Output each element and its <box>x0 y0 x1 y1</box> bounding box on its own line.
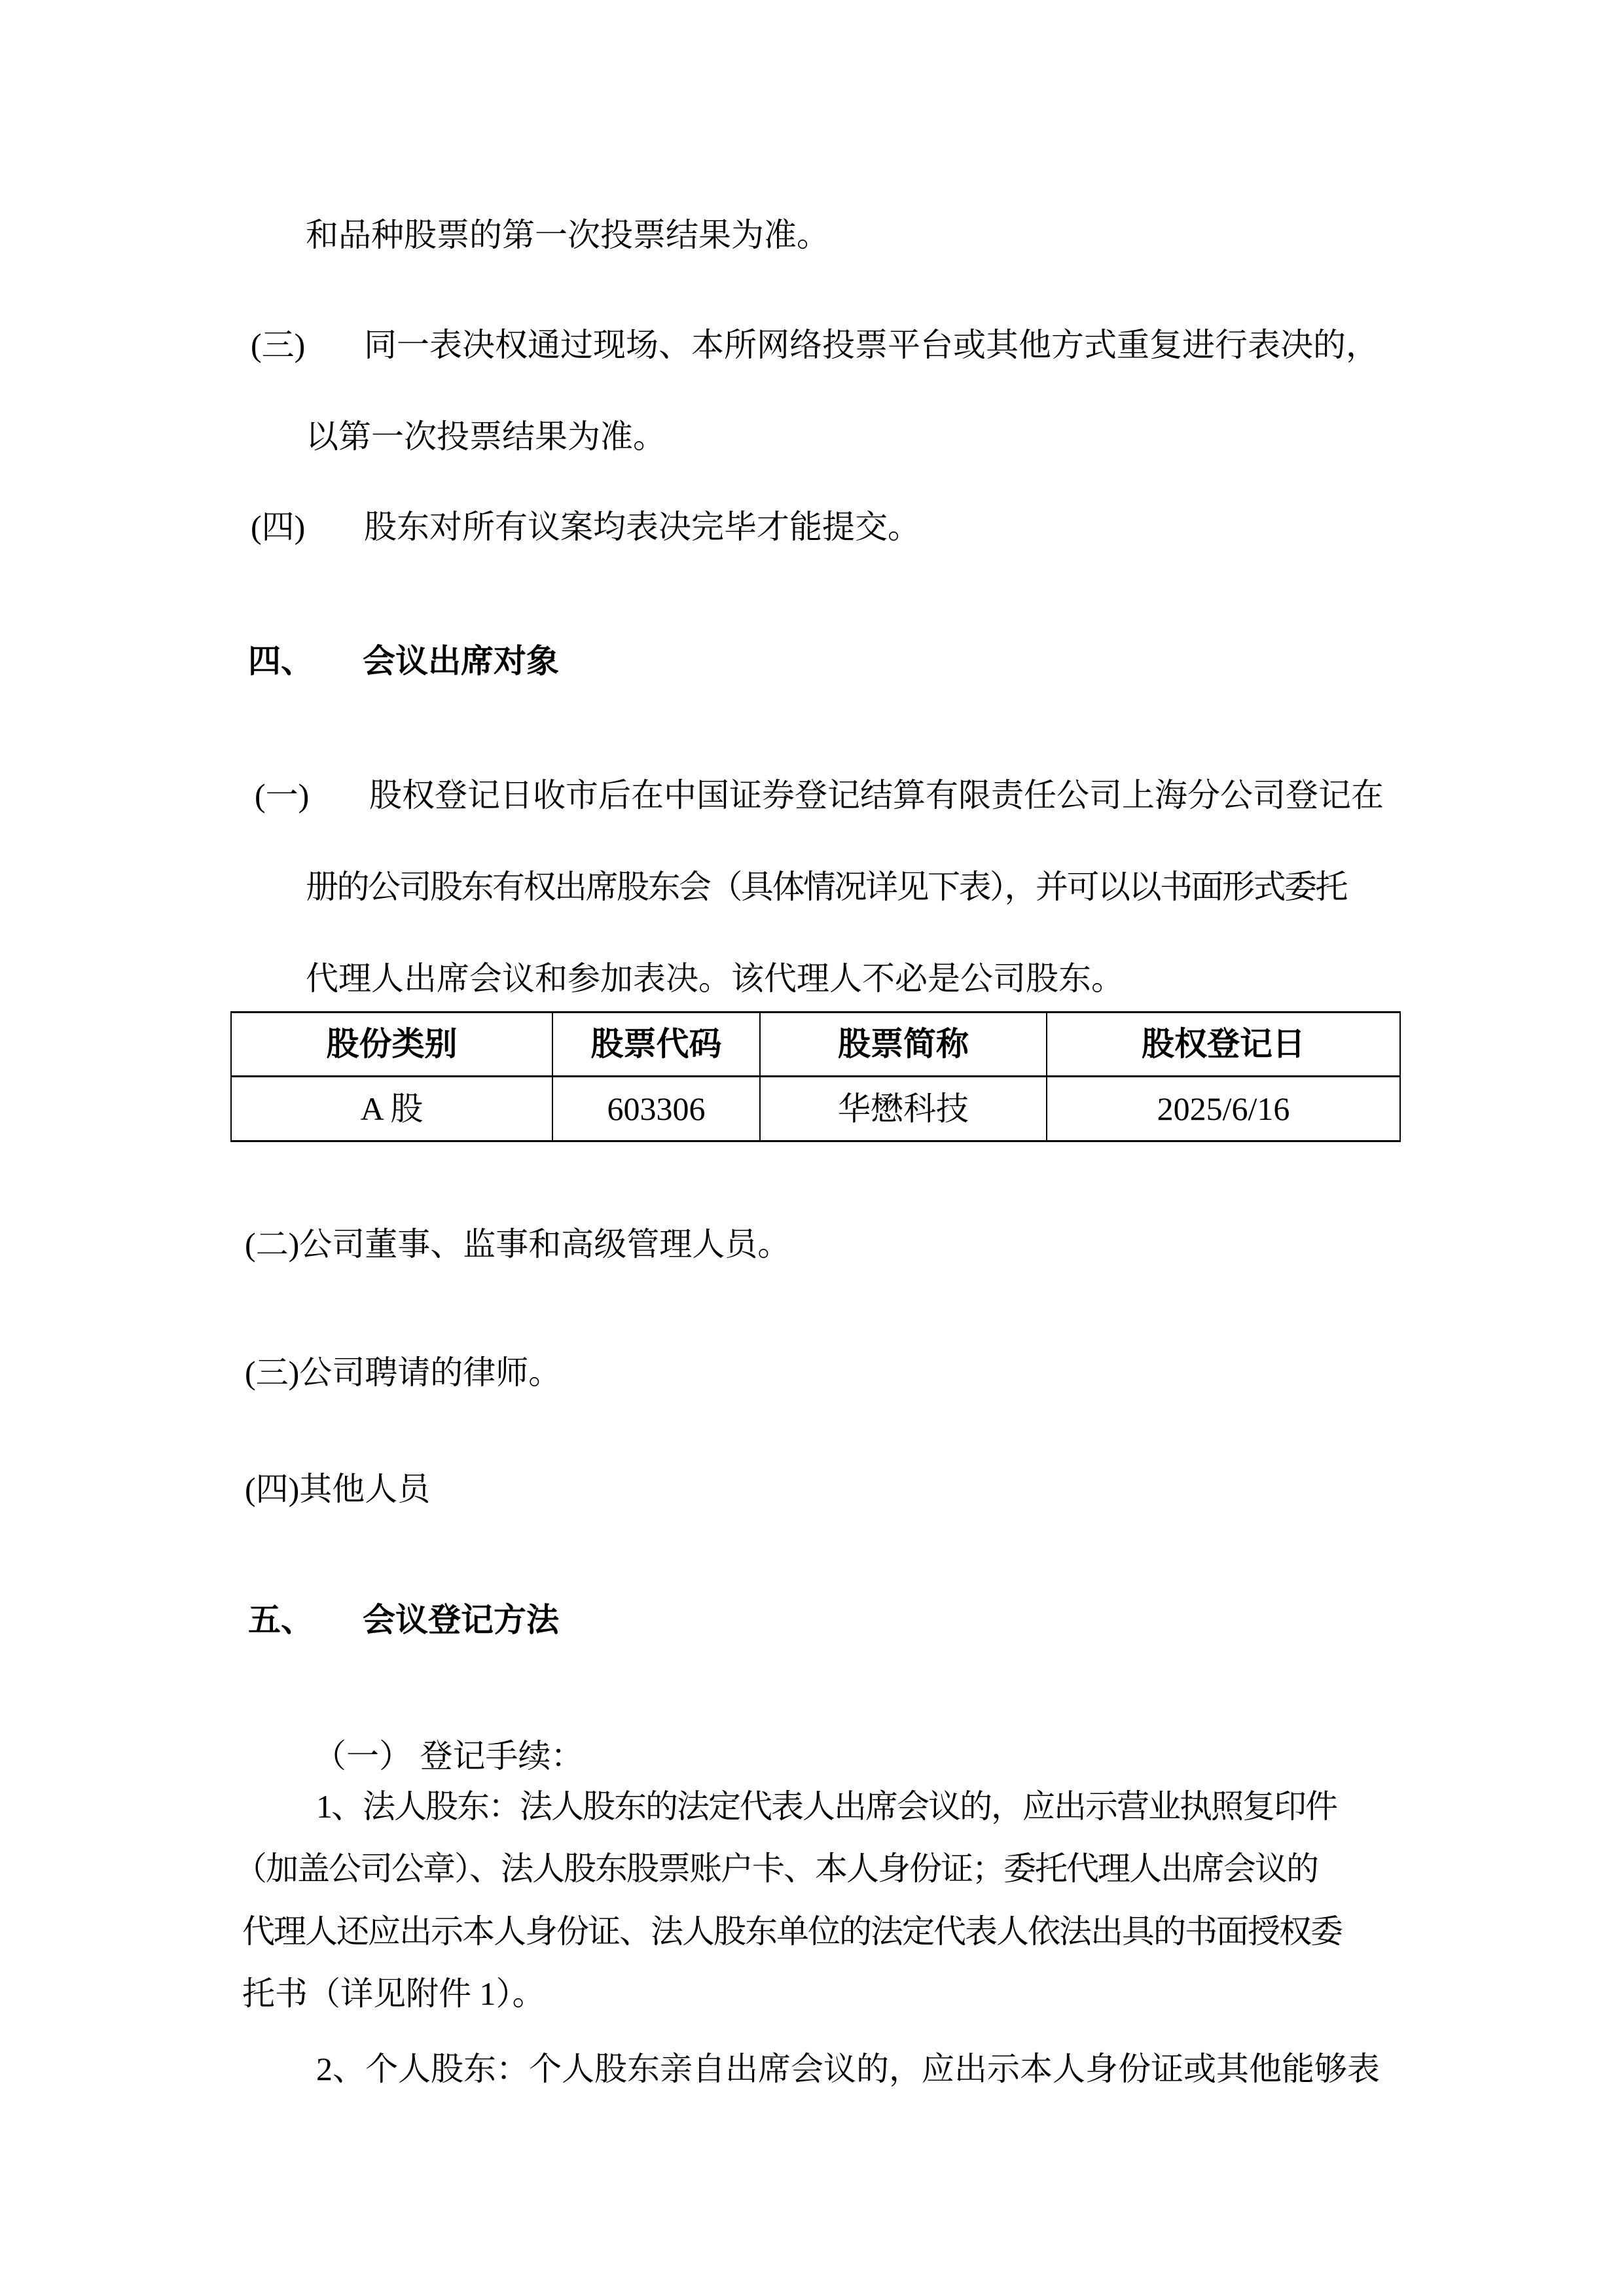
table-header-row: 股份类别 股票代码 股票简称 股权登记日 <box>231 1013 1400 1077</box>
list-item-text: (三)公司聘请的律师。 <box>245 1355 561 1391</box>
table-cell-stock-name: 华懋科技 <box>760 1077 1047 1141</box>
paragraph-continuation-line: 册的公司股东有权出席股东会（具体情况详见下表），并可以以书面形式委托 <box>306 869 1346 905</box>
list-item-text: 同一表决权通过现场、本所网络投票平台或其他方式重复进行表决的， <box>364 327 1379 363</box>
list-item-text: (四)其他人员 <box>245 1471 430 1507</box>
section-heading-title: 会议出席对象 <box>363 643 559 679</box>
list-item-text: 股东对所有议案均表决完毕才能提交。 <box>364 509 920 545</box>
paragraph-continuation-line: 代理人出席会议和参加表决。该代理人不必是公司股东。 <box>306 961 1124 997</box>
section-heading-number: 五、 <box>248 1602 314 1638</box>
table-header-share-class: 股份类别 <box>231 1013 552 1077</box>
list-item-text: (二)公司董事、监事和高级管理人员。 <box>245 1227 790 1263</box>
paragraph-continuation-line: （加盖公司公章）、法人股东股票账户卡、本人身份证；委托代理人出席会议的 <box>234 1851 1318 1887</box>
paragraph-continuation-line: 和品种股票的第一次投票结果为准。 <box>306 217 829 253</box>
paragraph-continuation-line: 代理人还应出示本人身份证、法人股东单位的法定代表人依法出具的书面授权委 <box>242 1914 1342 1950</box>
section-heading-number: 四、 <box>248 643 314 679</box>
document-page: 和品种股票的第一次投票结果为准。 (三) 同一表决权通过现场、本所网络投票平台或… <box>0 0 1624 2296</box>
table-cell-record-date: 2025/6/16 <box>1047 1077 1400 1141</box>
list-item-label: (一) <box>255 778 309 814</box>
table-header-stock-code: 股票代码 <box>552 1013 760 1077</box>
section-heading-title: 会议登记方法 <box>363 1602 559 1638</box>
list-item-text: 股权登记日收市后在中国证券登记结算有限责任公司上海分公司登记在 <box>369 778 1384 814</box>
table-cell-stock-code: 603306 <box>552 1077 760 1141</box>
table-cell-share-class: A 股 <box>231 1077 552 1141</box>
paragraph-continuation-line: 以第一次投票结果为准。 <box>306 419 666 455</box>
list-item-label: (四) <box>251 509 305 545</box>
subsection-heading: （一） 登记手续： <box>314 1738 584 1774</box>
table-header-stock-name: 股票简称 <box>760 1013 1047 1077</box>
list-item-label: (三) <box>251 327 305 363</box>
table-row: A 股 603306 华懋科技 2025/6/16 <box>231 1077 1400 1141</box>
share-registration-table: 股份类别 股票代码 股票简称 股权登记日 A 股 603306 华懋科技 202… <box>230 1011 1401 1142</box>
paragraph-line: 2、个人股东：个人股东亲自出席会议的，应出示本人身份证或其他能够表 <box>316 2051 1380 2087</box>
table-header-record-date: 股权登记日 <box>1047 1013 1400 1077</box>
paragraph-line: 1、法人股东：法人股东的法定代表人出席会议的，应出示营业执照复印件 <box>316 1789 1337 1825</box>
paragraph-continuation-line: 托书（详见附件 1）。 <box>242 1976 545 2012</box>
